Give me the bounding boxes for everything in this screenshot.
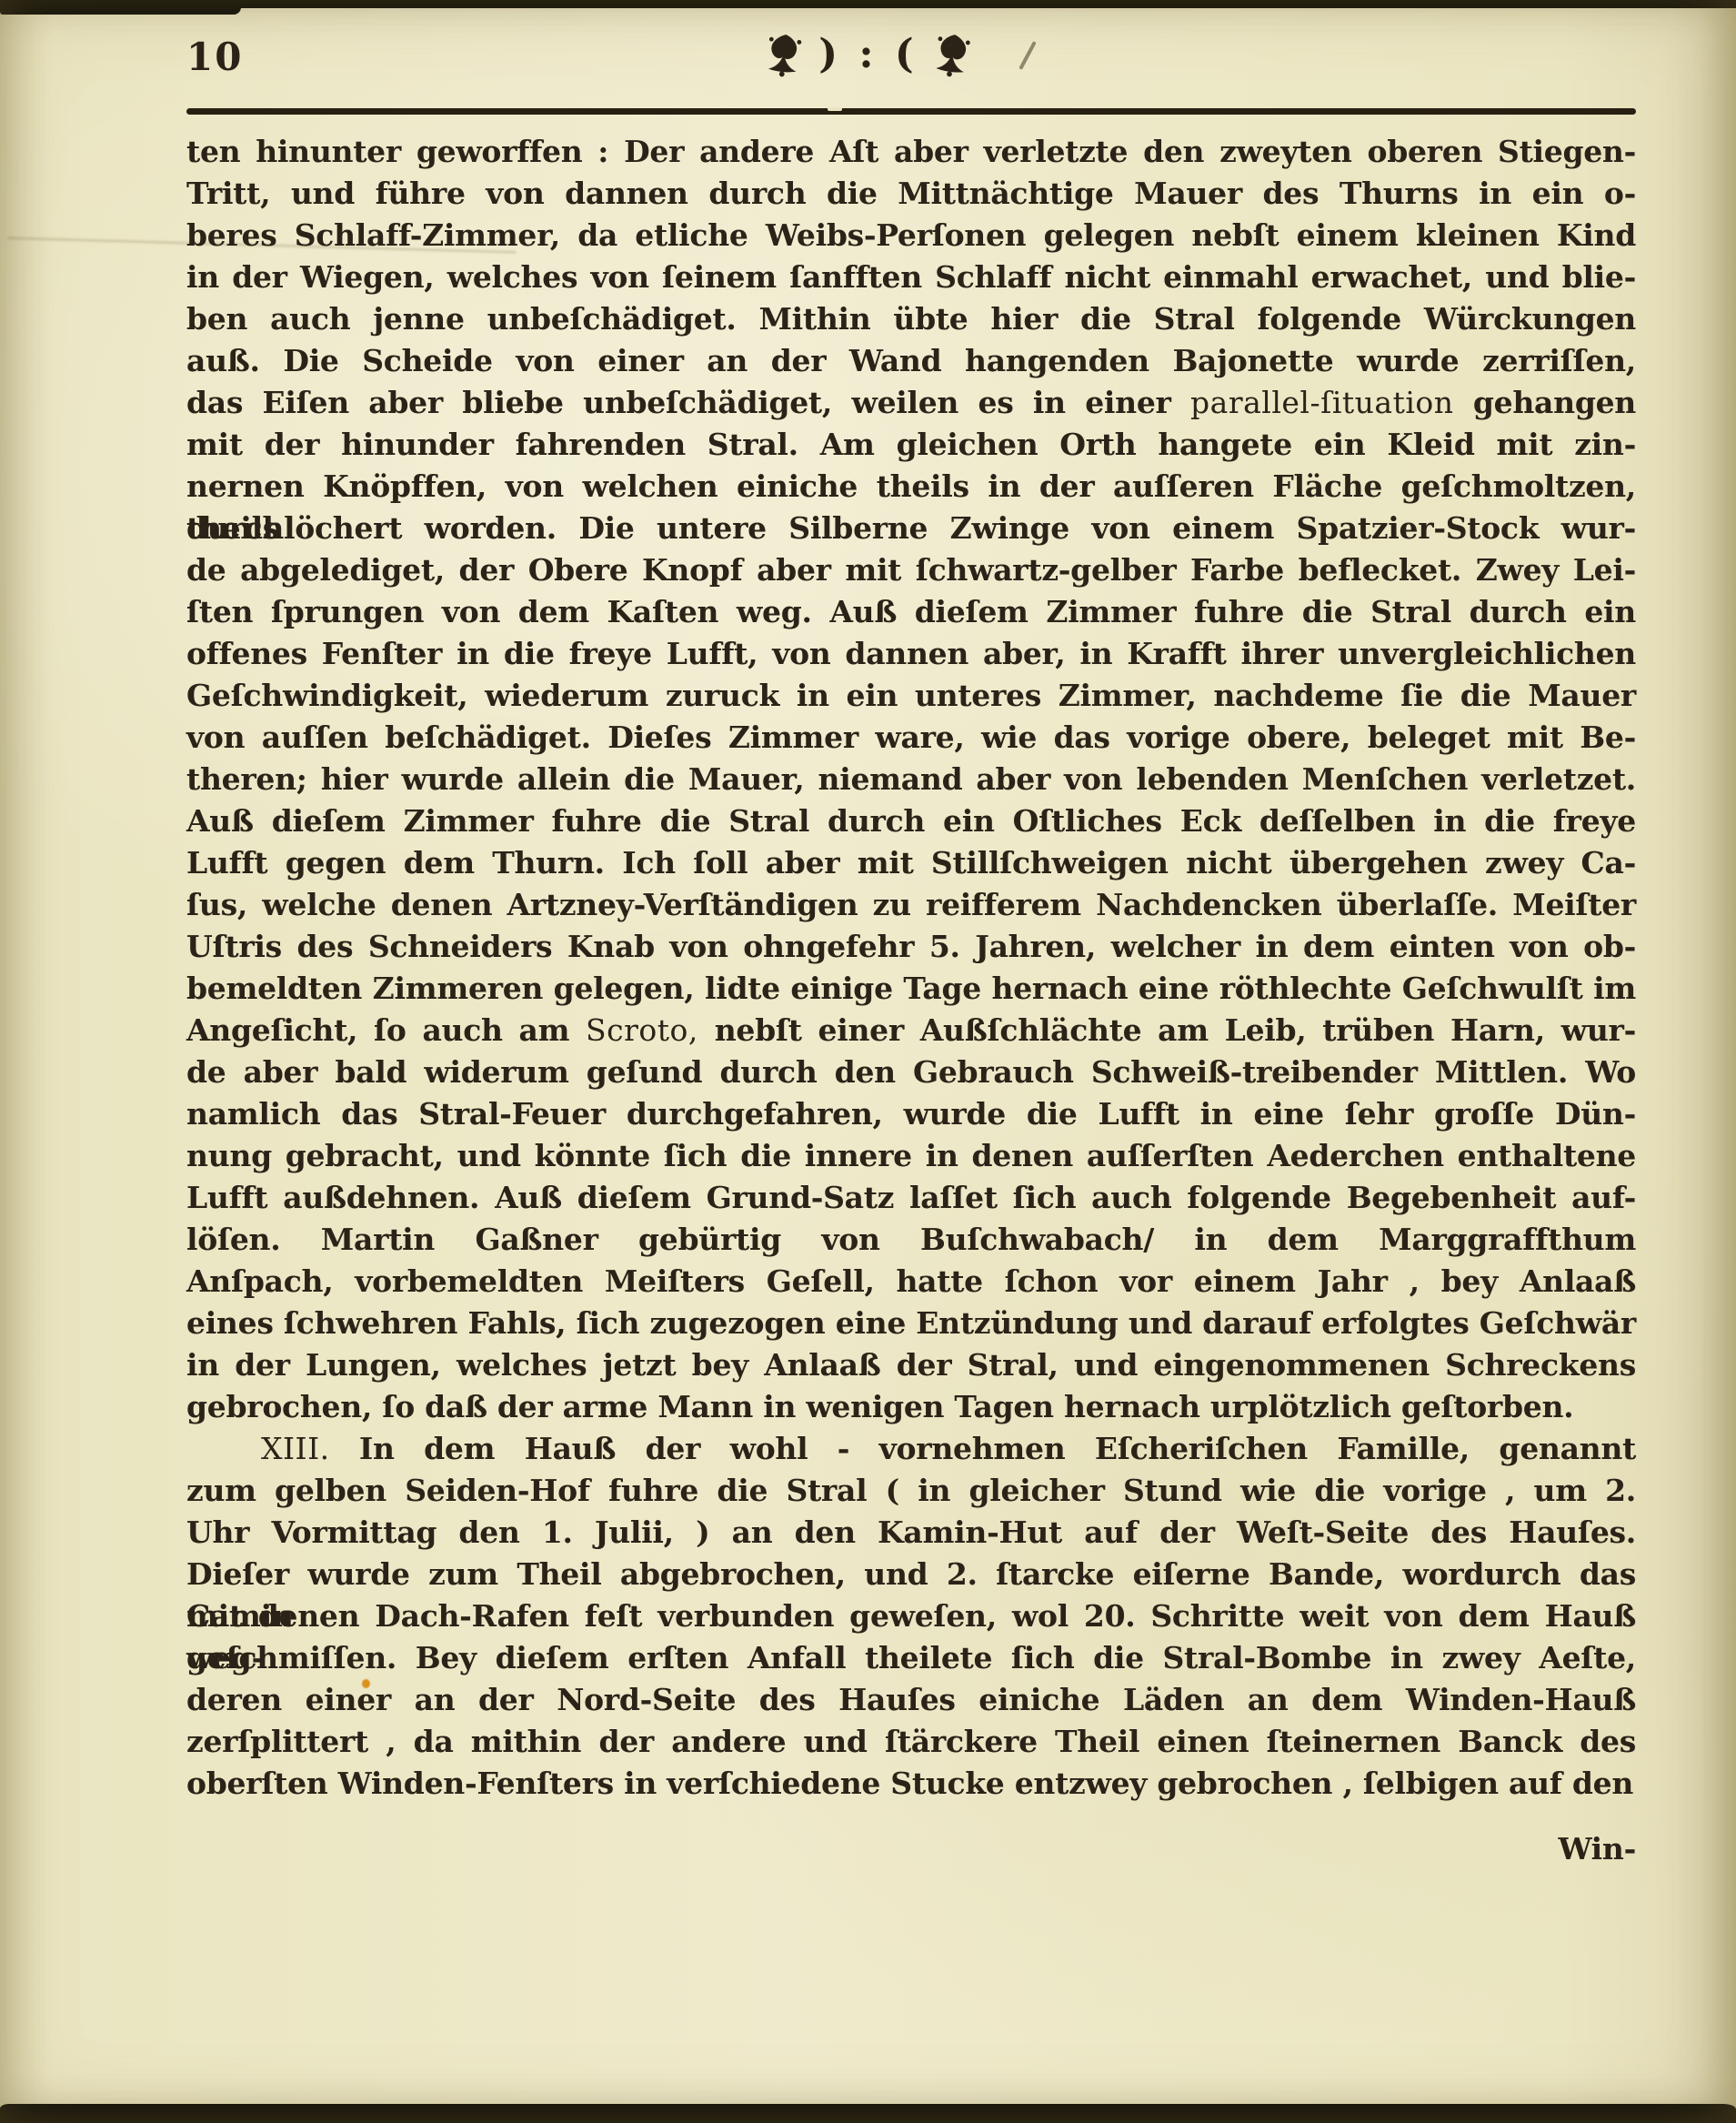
text-line: in der Wiegen, welches von ſeinem ſanfft… xyxy=(186,257,1636,298)
ink-speck xyxy=(362,1679,370,1688)
text-lines: ten hinunter geworffen : Der andere Aſt … xyxy=(186,131,1636,1805)
text-line: Tritt, und führe von dannen durch die Mi… xyxy=(186,173,1636,215)
paper-hairline xyxy=(1019,41,1036,70)
text-line: beres Schlaff-Zimmer, da etliche Weibs-P… xyxy=(186,215,1636,257)
text-line: ben auch jenne unbeſchädiget. Mithin übt… xyxy=(186,298,1636,340)
text-line: das Eiſen aber bliebe unbeſchädiget, wei… xyxy=(186,382,1636,424)
text-line: Uſtris des Schneiders Knab von ohngefehr… xyxy=(186,926,1636,968)
text-line: bemeldten Zimmeren gelegen, lidte einige… xyxy=(186,968,1636,1010)
text-line: nung gebracht, und könnte ſich die inner… xyxy=(186,1135,1636,1177)
text-line: deren einer an der Nord-Seite des Hauſes… xyxy=(186,1679,1636,1721)
rule-ink-gap xyxy=(828,107,842,111)
text-line: mit der hinunder fahrenden Stral. Am gle… xyxy=(186,424,1636,466)
text-line: zum gelben Seiden-Hof fuhre die Stral ( … xyxy=(186,1470,1636,1512)
text-line: oberſten Winden-Fenſters in verſchiedene… xyxy=(186,1763,1636,1805)
text-line: ſten ſprungen von dem Kaſten weg. Auß di… xyxy=(186,591,1636,633)
signature-mark: ) : ( xyxy=(818,31,918,78)
text-line: geſchmiſſen. Bey dieſem erſten Anfall th… xyxy=(186,1637,1636,1679)
text-line: Angeſicht, ſo auch am Scroto, nebſt eine… xyxy=(186,1010,1636,1051)
text-line: auß. Die Scheide von einer an der Wand h… xyxy=(186,340,1636,382)
scanned-book-page: 10 ) : ( ten hinunter geworffen xyxy=(0,0,1736,2123)
antiqua-word: XIII. xyxy=(261,1431,359,1466)
scan-edge-top-left xyxy=(0,0,241,15)
text-line: Geſchwindigkeit, wiederum zuruck in ein … xyxy=(186,675,1636,717)
text-line: mit denen Dach-Rafen feſt verbunden gewe… xyxy=(186,1595,1636,1637)
text-line: löſen. Martin Gaßner gebürtig von Buſchw… xyxy=(186,1219,1636,1261)
text-line: namlich das Stral-Feuer durchgefahren, w… xyxy=(186,1093,1636,1135)
header-rule xyxy=(186,108,1636,115)
text-line: offenes Fenſter in die freye Lufft, von … xyxy=(186,633,1636,675)
text-line: de aber bald widerum geſund durch den Ge… xyxy=(186,1051,1636,1093)
text-line: Dieſer wurde zum Theil abgebrochen, und … xyxy=(186,1554,1636,1595)
text-line: gebrochen, ſo daß der arme Mann in wenig… xyxy=(186,1386,1636,1428)
text-line: Uhr Vormittag den 1. Julii, ) an den Kam… xyxy=(186,1512,1636,1554)
catchword-row: Win- xyxy=(186,1828,1636,1870)
text-line: ten hinunter geworffen : Der andere Aſt … xyxy=(186,131,1636,173)
text-line: XIII. In dem Hauß der wohl - vornehmen E… xyxy=(186,1428,1636,1470)
text-line: Anſpach, vorbemeldten Meiſters Geſell, h… xyxy=(186,1261,1636,1303)
text-line: in der Lungen, welches jetzt bey Anlaaß … xyxy=(186,1344,1636,1386)
text-line: de abgelediget, der Obere Knopf aber mit… xyxy=(186,549,1636,591)
text-line: von auſſen beſchädiget. Dieſes Zimmer wa… xyxy=(186,717,1636,759)
text-line: nernen Knöpffen, von welchen einiche the… xyxy=(186,466,1636,508)
fleuron-icon xyxy=(760,29,808,81)
antiqua-word: parallel-ſituation xyxy=(1190,385,1453,420)
antiqua-word: Scroto, xyxy=(586,1012,698,1048)
header-ornament: ) : ( xyxy=(0,31,1736,78)
scan-edge-bottom xyxy=(0,2104,1736,2123)
text-line: theren; hier wurde allein die Mauer, nie… xyxy=(186,759,1636,800)
text-line: Lufft außdehnen. Auß dieſem Grund-Satz l… xyxy=(186,1177,1636,1219)
fleuron-icon xyxy=(927,28,977,81)
text-line: durchlöchert worden. Die untere Silberne… xyxy=(186,508,1636,549)
text-line: zerſplittert , da mithin der andere und … xyxy=(186,1721,1636,1763)
catchword: Win- xyxy=(1558,1831,1636,1866)
text-line: eines ſchwehren Fahls, ſich zugezogen ei… xyxy=(186,1303,1636,1344)
page-number: 10 xyxy=(186,35,243,79)
scan-edge-top xyxy=(0,0,1736,8)
text-line: Lufft gegen dem Thurn. Ich ſoll aber mit… xyxy=(186,842,1636,884)
text-line: Auß dieſem Zimmer fuhre die Stral durch … xyxy=(186,800,1636,842)
body-text: ten hinunter geworffen : Der andere Aſt … xyxy=(186,131,1636,1870)
text-line: ſus, welche denen Artzney-Verſtändigen z… xyxy=(186,884,1636,926)
